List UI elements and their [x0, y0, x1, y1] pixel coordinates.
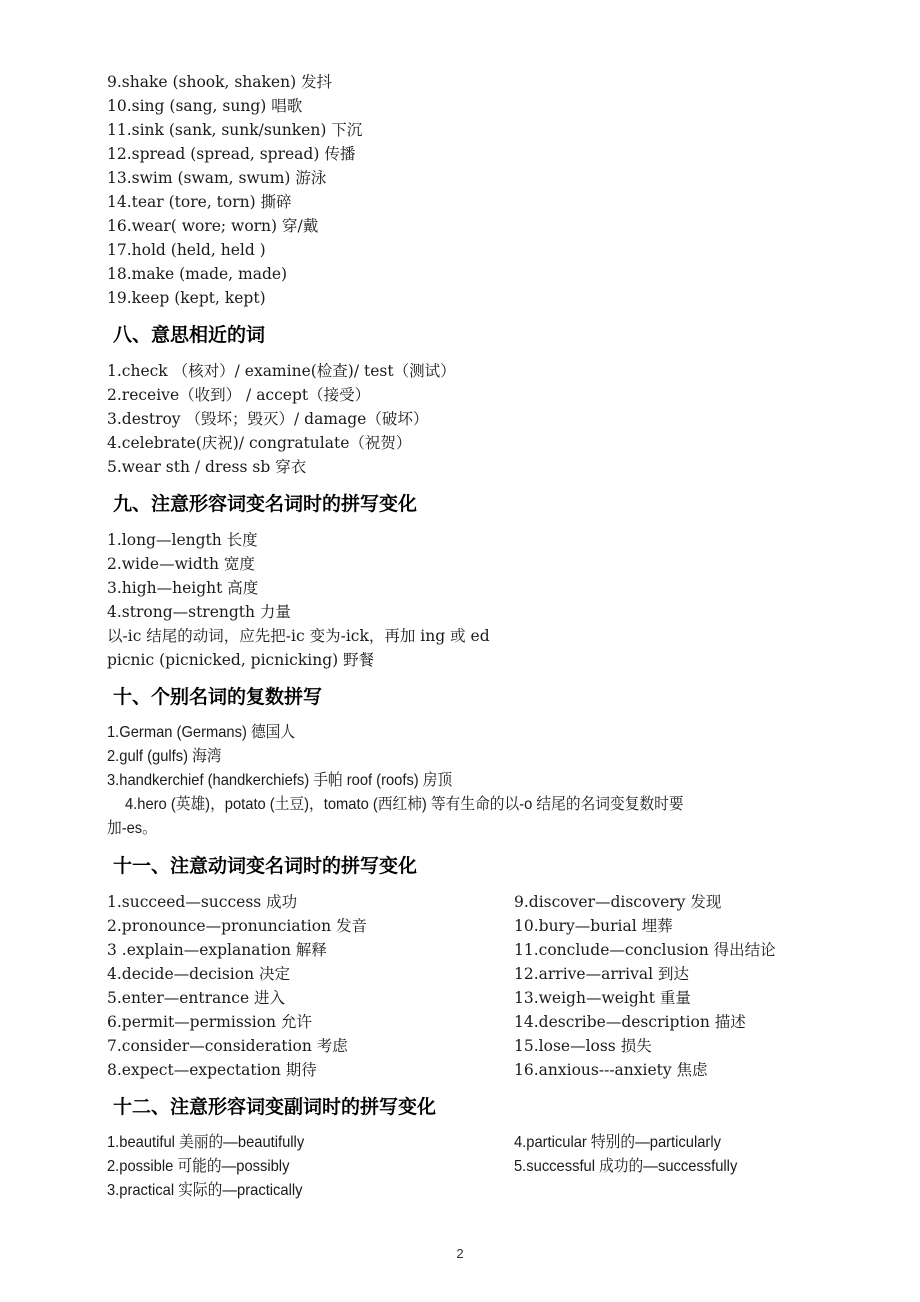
section-heading-10: 十、个别名词的复数拼写 [113, 683, 322, 711]
list-item: 1.beautiful 美丽的—beautifully [107, 1131, 304, 1155]
list-item: 9.shake (shook, shaken) 发抖 [107, 70, 332, 94]
list-item: 5.enter—entrance 进入 [107, 986, 285, 1010]
list-item: 2.receive（收到） / accept（接受） [107, 383, 370, 407]
list-item: 3 .explain—explanation 解释 [107, 938, 327, 962]
list-item: 6.permit—permission 允许 [107, 1010, 312, 1034]
note-text: 以-ic 结尾的动词，应先把-ic 变为-ick，再加 ing 或 ed [107, 624, 490, 648]
list-item: 13.weigh—weight 重量 [514, 986, 691, 1010]
list-item: 4.particular 特别的—particularly [514, 1131, 721, 1155]
list-item: 10.bury—burial 埋葬 [514, 914, 673, 938]
list-item: 2.wide—width 宽度 [107, 552, 255, 576]
list-item: 9.discover—discovery 发现 [514, 890, 721, 914]
list-item: 2.possible 可能的—possibly [107, 1155, 289, 1179]
list-item: 4.strong—strength 力量 [107, 600, 291, 624]
list-item: 1.German (Germans) 德国人 [107, 721, 295, 745]
list-item: 19.keep (kept, kept) [107, 286, 266, 310]
list-item-continuation: 加-es。 [107, 817, 157, 841]
list-item: 18.make (made, made) [107, 262, 287, 286]
list-item: picnic (picnicked, picnicking) 野餐 [107, 648, 374, 672]
list-item: 1.long—length 长度 [107, 528, 258, 552]
section-heading-11: 十一、注意动词变名词时的拼写变化 [113, 852, 417, 880]
list-item: 11.conclude—conclusion 得出结论 [514, 938, 776, 962]
list-item: 10.sing (sang, sung) 唱歌 [107, 94, 302, 118]
list-item: 4.celebrate(庆祝)/ congratulate（祝贺） [107, 431, 411, 455]
document-page: 9.shake (shook, shaken) 发抖 10.sing (sang… [0, 0, 920, 1302]
page-number: 2 [0, 1246, 920, 1261]
list-item: 14.tear (tore, torn) 撕碎 [107, 190, 292, 214]
list-item: 5.successful 成功的—successfully [514, 1155, 737, 1179]
list-item: 1.succeed—success 成功 [107, 890, 297, 914]
list-item: 17.hold (held, held ) [107, 238, 266, 262]
list-item: 3.handkerchief (handkerchiefs) 手帕 roof (… [107, 769, 452, 793]
list-item: 8.expect—expectation 期待 [107, 1058, 317, 1082]
section-heading-12: 十二、注意形容词变副词时的拼写变化 [113, 1093, 436, 1121]
list-item: 5.wear sth / dress sb 穿衣 [107, 455, 306, 479]
list-item: 11.sink (sank, sunk/sunken) 下沉 [107, 118, 362, 142]
list-item: 15.lose—loss 损失 [514, 1034, 652, 1058]
list-item: 12.spread (spread, spread) 传播 [107, 142, 355, 166]
list-item: 16.anxious---anxiety 焦虑 [514, 1058, 708, 1082]
list-item: 3.practical 实际的—practically [107, 1179, 303, 1203]
list-item: 14.describe—description 描述 [514, 1010, 746, 1034]
list-item: 4.decide—decision 决定 [107, 962, 290, 986]
list-item: 2.pronounce—pronunciation 发音 [107, 914, 367, 938]
section-heading-8: 八、意思相近的词 [113, 321, 265, 349]
list-item: 3.destroy （毁坏；毁灭）/ damage（破坏） [107, 407, 428, 431]
list-item: 3.high—height 高度 [107, 576, 258, 600]
list-item: 4.hero (英雄)，potato (土豆)，tomato (西红柿) 等有生… [125, 793, 684, 817]
list-item: 13.swim (swam, swum) 游泳 [107, 166, 326, 190]
list-item: 16.wear( wore; worn) 穿/戴 [107, 214, 318, 238]
list-item: 12.arrive—arrival 到达 [514, 962, 689, 986]
list-item: 2.gulf (gulfs) 海湾 [107, 745, 222, 769]
section-heading-9: 九、注意形容词变名词时的拼写变化 [113, 490, 417, 518]
list-item: 1.check （核对）/ examine(检查)/ test（测试） [107, 359, 456, 383]
list-item: 7.consider—consideration 考虑 [107, 1034, 348, 1058]
